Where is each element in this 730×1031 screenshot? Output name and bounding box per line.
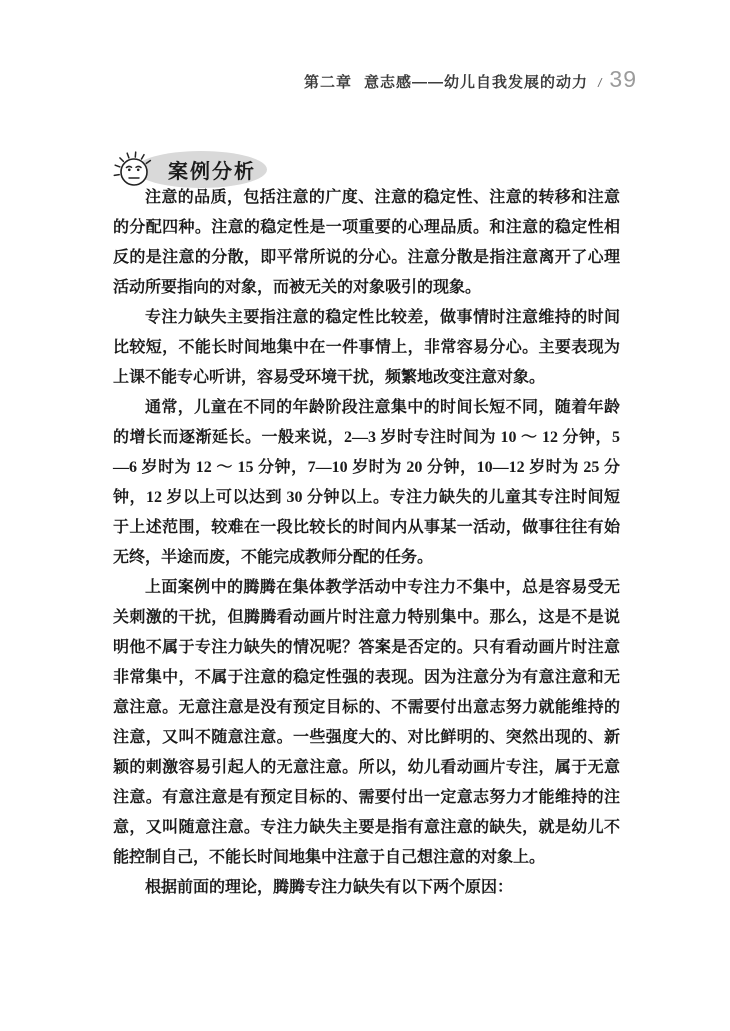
chapter-title: 意志感——幼儿自我发展的动力: [364, 74, 588, 91]
thinking-sun-face-icon: [108, 145, 156, 193]
paragraph-case-analysis-tengteng: 上面案例中的腾腾在集体教学活动中专注力不集中，总是容易受无关刺激的干扰，但腾腾看…: [113, 573, 620, 873]
paragraph-focus-deficit-definition: 专注力缺失主要指注意的稳定性比较差，做事情时注意维持的时间比较短，不能长时间地集…: [113, 303, 620, 393]
chapter-label: 第二章: [304, 74, 352, 91]
paragraph-attention-span-by-age: 通常，儿童在不同的年龄阶段注意集中的时间长短不同，随着年龄的增长而逐渐延长。一般…: [113, 393, 620, 573]
paragraph-attention-qualities: 注意的品质，包括注意的广度、注意的稳定性、注意的转移和注意的分配四种。注意的稳定…: [113, 183, 620, 303]
body-text: 注意的品质，包括注意的广度、注意的稳定性、注意的转移和注意的分配四种。注意的稳定…: [113, 183, 620, 903]
running-header: 第二章意志感——幼儿自我发展的动力/39: [0, 66, 637, 93]
section-badge-label: 案例分析: [168, 155, 256, 184]
paragraph-two-reasons-intro: 根据前面的理论，腾腾专注力缺失有以下两个原因：: [113, 873, 620, 903]
page-number: 39: [609, 66, 637, 92]
header-separator: /: [598, 76, 601, 90]
book-page: 第二章意志感——幼儿自我发展的动力/39: [0, 0, 730, 1031]
